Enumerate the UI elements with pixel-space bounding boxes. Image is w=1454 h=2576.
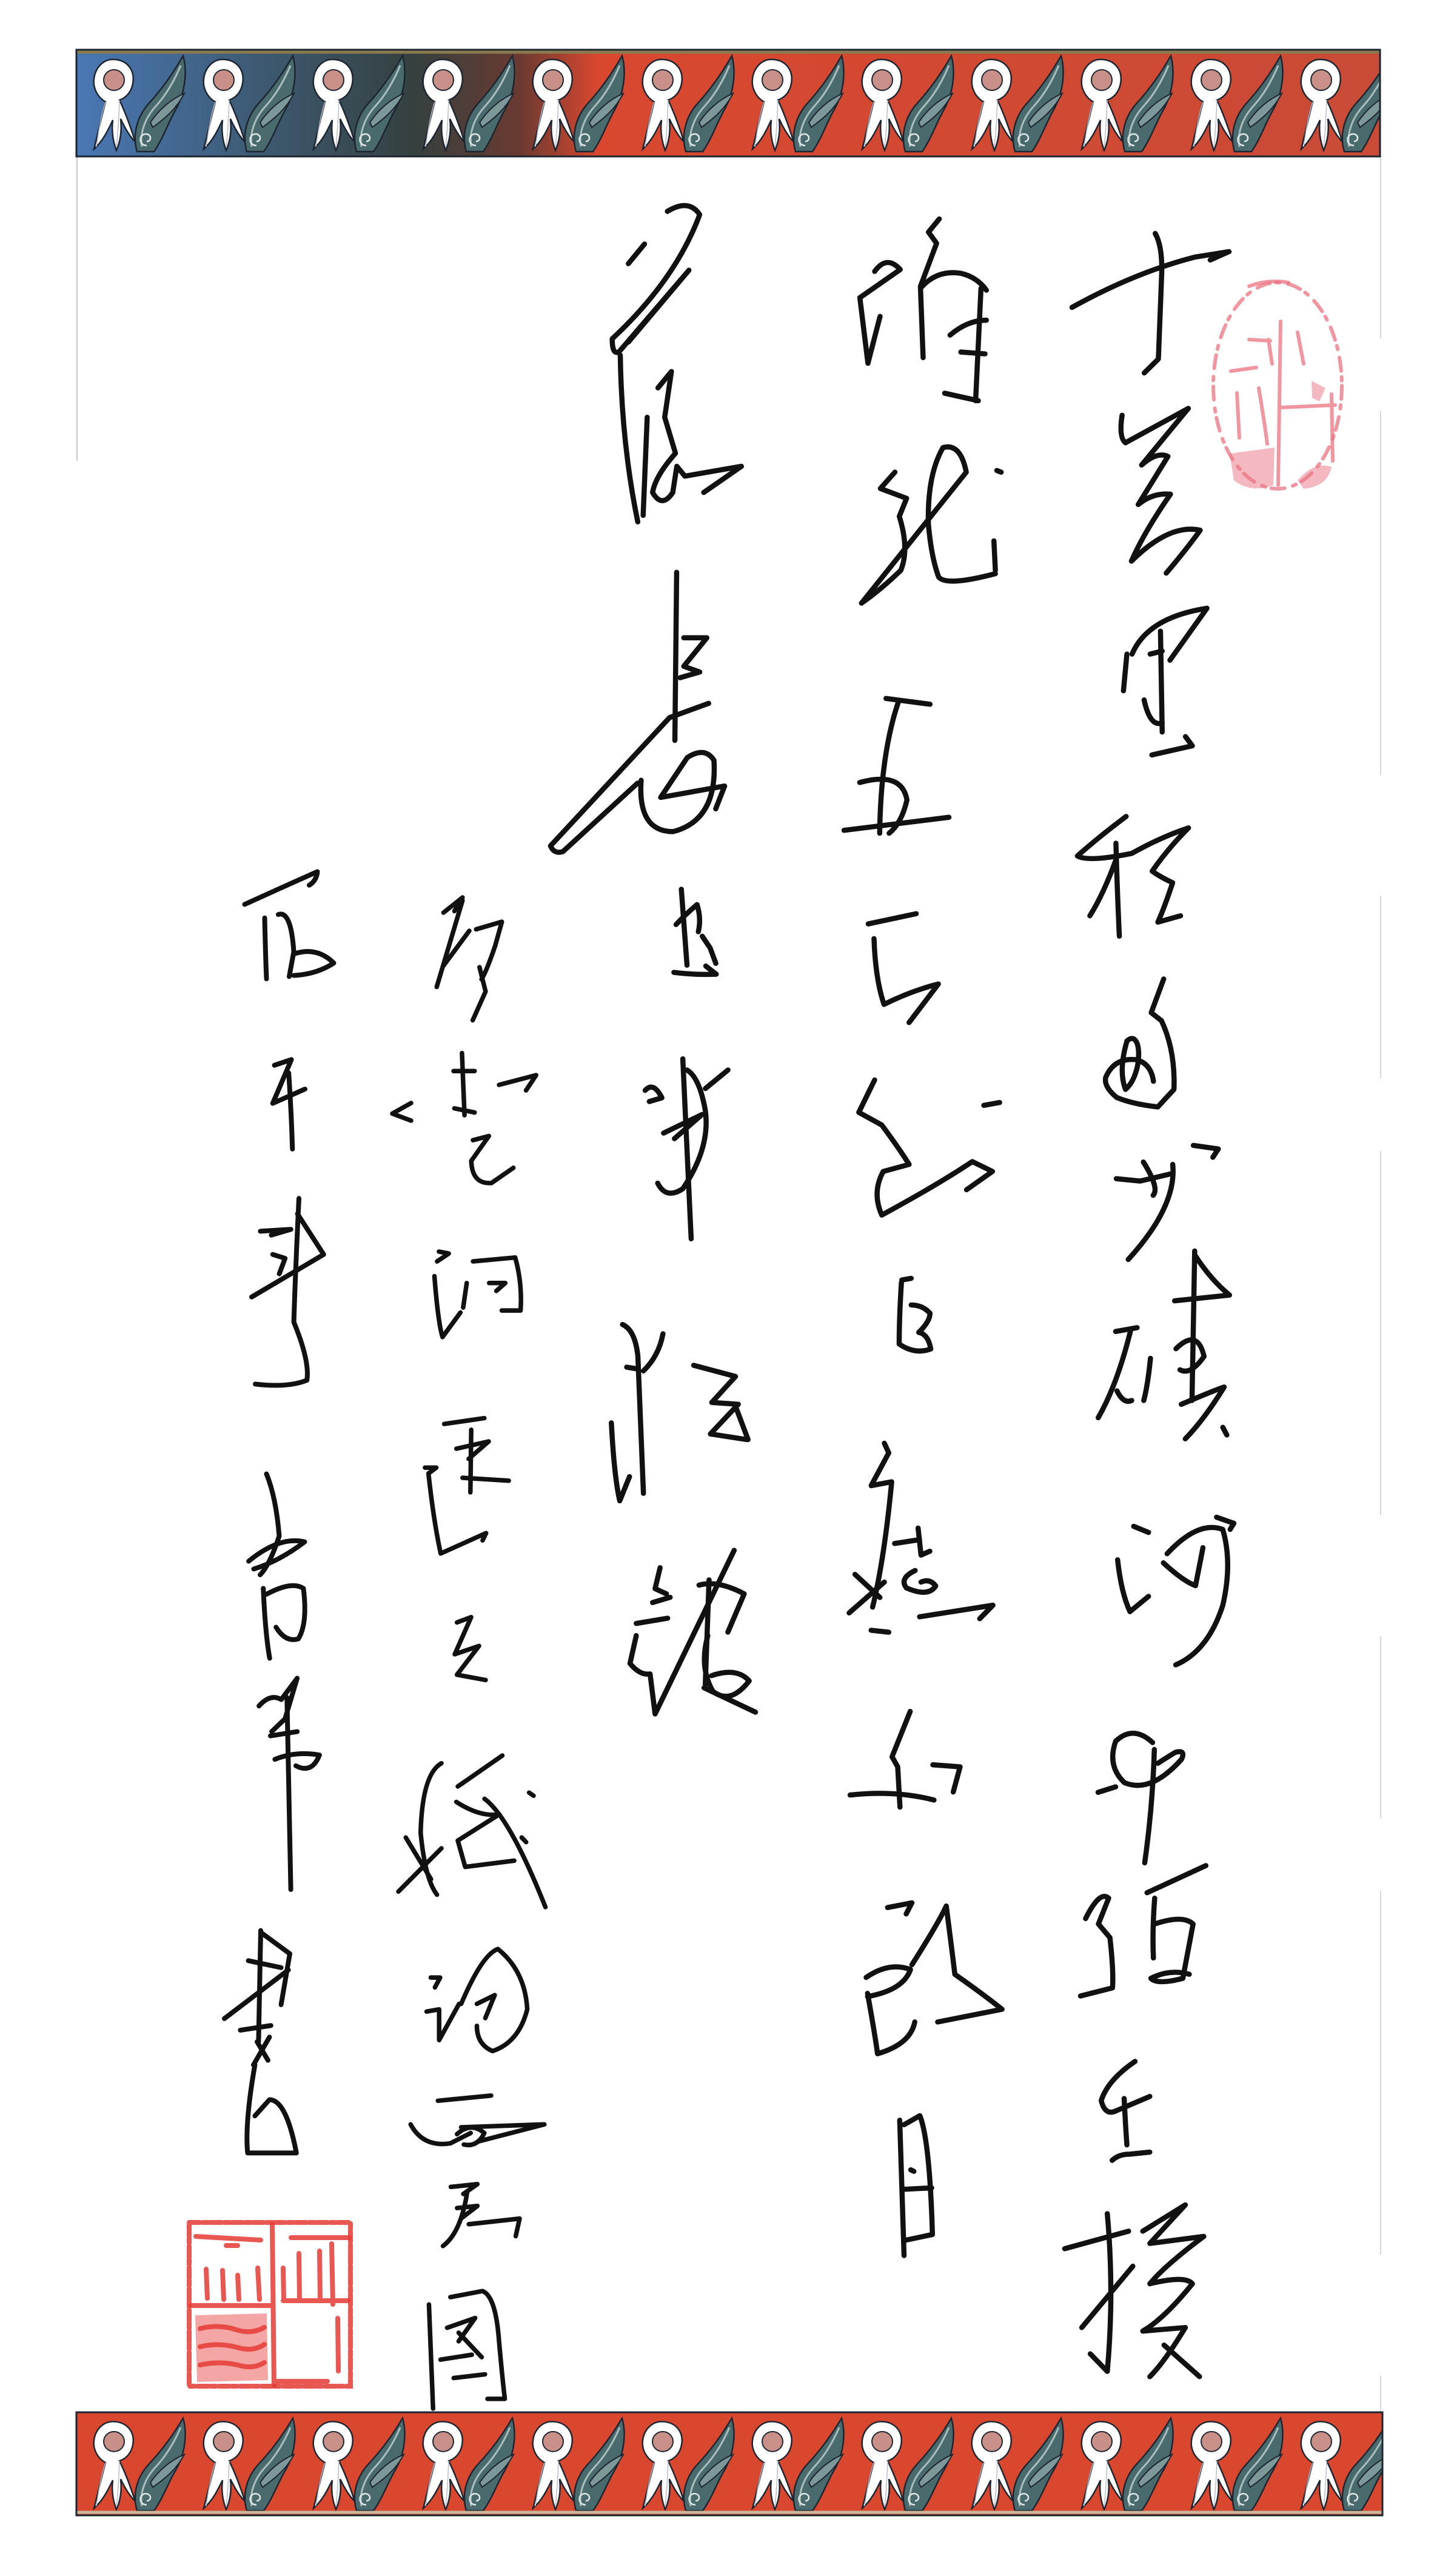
signature-char: 孟 [252,1198,324,1398]
brush-strokes [392,1103,411,1121]
calligraphy-scroll: 十 萬 里 程 多 少 磧 沙 中 彈 舌 授 降 龍 五 天 到 日 應 頭 … [0,0,1454,2576]
char-text: 龍 [873,461,990,614]
char-text: 天 [876,924,933,1029]
char-text: 鐘 [643,1565,743,1726]
inscription-char: 送 [425,1418,509,1564]
inscription-char: 國 [429,2291,504,2413]
char-text: 少 [1127,1154,1214,1264]
char-text: 李 [462,1065,529,1195]
char-text: 天 [449,2184,512,2250]
char-text: 中 [1107,1740,1178,1869]
char-text: 半 [654,1075,720,1248]
poem-char: 月 [900,2116,933,2267]
poem-char: 長 [551,572,725,866]
char-text: 應 [862,1464,982,1644]
inscription-char: 三 [455,1617,486,1694]
inscription-char: 李 [454,1053,536,1195]
char-text: 程 [1088,825,1179,944]
char-text: 到 [872,1096,987,1227]
char-text: 多 [1111,991,1170,1116]
char-text: 安 [677,897,712,981]
poem-char: 鐘 [630,1551,755,1726]
inscription-char: 錄 [437,890,502,1031]
poem-char: 沙 [1117,1517,1234,1676]
char-text: 午 [275,1067,302,1156]
poem-char: 程 [1077,816,1188,944]
char-text: 弟 [264,1700,315,1899]
poem-char: 夜 [611,1324,748,1512]
char-text: 十 [1088,249,1213,379]
poem-column-2: 降 龍 五 天 到 日 應 頭 白 月 [844,219,1002,2267]
signature-char: 午 [273,1059,305,1155]
poem-char: 少 [1116,1145,1218,1264]
char-text: 磧 [1110,1273,1224,1451]
char-text: 歸 [435,1956,518,2058]
char-text: 里 [1130,622,1199,764]
inscription-column: 錄 李 洞 送 三 藏 歸 西 天 國 [392,890,546,2414]
poem-char: 彈 [1080,1865,1206,2004]
char-text: 日 [900,1286,930,1363]
char-text: 春 [254,1489,305,1669]
seal-top-right [1213,281,1342,489]
char-text: 沙 [1124,1534,1226,1676]
poem-char: 應 [849,1443,993,1644]
top-decorative-border [76,50,1380,156]
char-text: 西 [423,2099,532,2153]
signature-char: 弟 [259,1679,320,1899]
poem-char: 降 [860,219,987,412]
char-text: 彈 [1093,1878,1196,2005]
char-text: 孟 [259,1218,317,1398]
signature-char: 丙 [245,871,334,984]
char-text: 錄 [442,890,497,1031]
poem-char: 安 [674,889,716,981]
band-pattern [76,50,1380,156]
poem-char: 半 [645,1059,728,1248]
char-text: 授 [1079,2224,1192,2387]
poem-char: 萬 [1121,408,1201,582]
bottom-decorative-border [76,2412,1382,2515]
poem-column-3: 落 長 安 半 夜 鐘 [551,206,755,1726]
poem-char: 頭 [850,1711,960,1814]
char-text: 夜 [624,1340,735,1512]
char-text: 落 [621,233,729,538]
inscription-char: 歸 [426,1949,527,2058]
inscription-char: 洞 [434,1252,521,1346]
poem-char: 十 [1072,233,1229,379]
poem-char: 日 [899,1278,931,1363]
poem-char: 里 [1124,608,1207,764]
poem-char: 中 [1098,1733,1183,1869]
poem-char: 授 [1065,2205,1204,2387]
char-text: 丙 [253,879,326,984]
poem-char: 到 [859,1080,999,1227]
char-text: 國 [434,2300,500,2414]
poem-char: 落 [612,206,742,538]
char-text: 三 [458,1624,483,1694]
char-text: 送 [432,1429,501,1564]
inscription-char: 藏 [398,1756,546,1917]
char-text: 降 [866,237,974,412]
poem-char: 龍 [862,447,1001,613]
signature-char: 書 [224,1931,296,2167]
char-text: 長 [566,600,708,865]
poem-column-1: 十 萬 里 程 多 少 磧 沙 中 彈 舌 授 [1065,233,1234,2387]
poem-char: 磧 [1098,1251,1230,1451]
char-text: 頭 [862,1721,953,1814]
char-text: 白 [875,1916,990,2064]
signature-char: 春 [249,1474,305,1670]
char-text: 洞 [443,1255,514,1346]
poem-char: 五 [844,699,949,847]
char-text: 舌 [1102,2070,1146,2167]
char-text: 萬 [1127,422,1195,582]
poem-char: 天 [868,914,939,1030]
signature-column: 丙 午 孟 春 弟 書 [224,871,334,2167]
char-text: 書 [232,1952,290,2167]
poem-char: 白 [866,1903,1002,2064]
char-text: 月 [900,2126,932,2266]
correction-mark [392,1103,411,1121]
inscription-char: 天 [443,2184,520,2250]
seal-bottom-left [189,2222,350,2386]
poem-char: 多 [1105,979,1174,1116]
char-text: 藏 [414,1773,532,1917]
poem-char: 舌 [1101,2061,1150,2167]
char-text: 五 [854,712,938,847]
band-pattern [76,2412,1382,2515]
inscription-char: 西 [410,2096,544,2153]
